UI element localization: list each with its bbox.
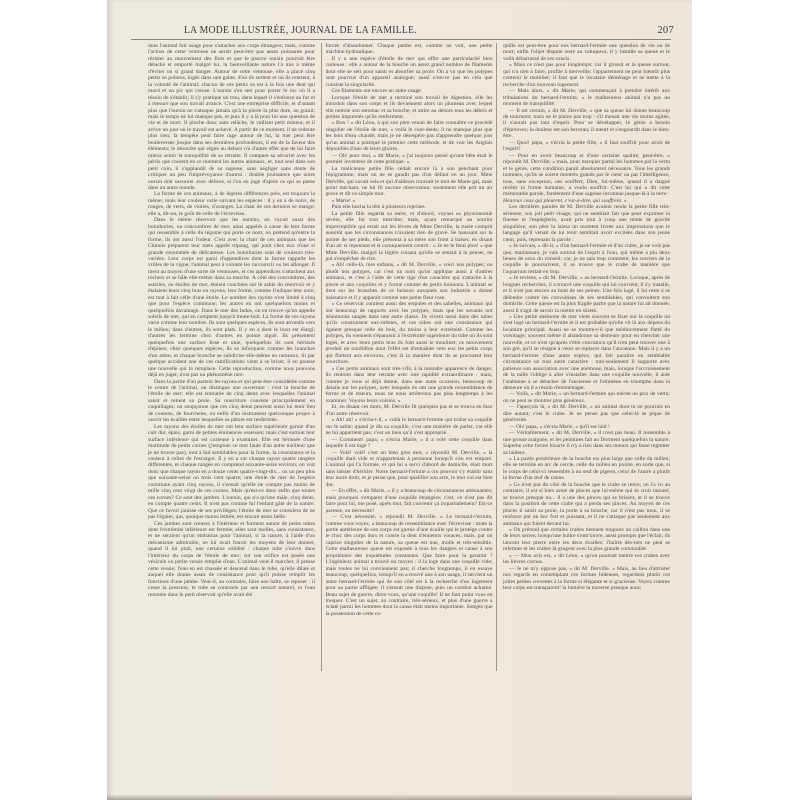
paragraph: « Je reviens, » dit M. Derville, « au be… xyxy=(503,275,670,314)
paragraph: « Ah! ah! » s'écria-t-il, « voilà le ber… xyxy=(326,417,493,436)
paragraph: Et, en disant ces mots, M. Derville fit … xyxy=(326,404,493,417)
paragraph: — C'est nécessité, » répondit M. Dervill… xyxy=(326,514,493,617)
paragraph: Ces jambes sont creuses à l'intérieur et… xyxy=(148,521,315,598)
running-head: LA MODE ILLUSTRÉE, JOURNAL DE LA FAMILLE… xyxy=(107,25,692,39)
header-rule xyxy=(131,39,671,40)
column-1: dont l'animal fait usage pour s'attacher… xyxy=(148,43,315,635)
paragraph: « Je suivais, » dit-il, « d'un bernard-l… xyxy=(503,243,670,275)
paragraph: — Mais alors, » dit Marie, qui commençai… xyxy=(503,88,670,107)
paragraph: — Je ne m'y oppose pas, » dit M. Dervill… xyxy=(503,566,670,592)
paragraph: La forme de ces animaux, à de légères di… xyxy=(148,191,315,217)
paragraph: — Il est certain, » dit M. Derville, « q… xyxy=(503,108,670,140)
paragraph: — J'aperçois là, » dit M. Derville, « un… xyxy=(503,404,670,423)
column-3: quille est peut-être pour nos bernard-l'… xyxy=(503,43,670,638)
paragraph: Dans le même réservoir que les oursins, … xyxy=(148,217,315,378)
paragraph: « Ces petits animaux sont très-vifs; à l… xyxy=(326,366,493,405)
paragraph: « Ce réservoir contient aussi des serpul… xyxy=(326,301,493,366)
paragraph: « Ce n'est pas du côté de la bouche que … xyxy=(503,482,670,527)
column-2: forcée d'abandonner. Chaque jambe est, c… xyxy=(326,43,493,623)
paragraph: — Voilà, » dit Marie, « un bernard-l'erm… xyxy=(503,391,670,404)
page-number: 207 xyxy=(657,25,674,36)
paragraph: « Mais ce n'est pas pour longtemps; car … xyxy=(503,62,670,88)
running-title: LA MODE ILLUSTRÉE, JOURNAL DE LA FAMILLE… xyxy=(184,25,417,36)
paragraph: — Volé! volé! c'est un bien gros mot, » … xyxy=(326,450,493,489)
paragraph: Dans la partie d'où partent les rayons e… xyxy=(148,379,315,424)
paragraph: Lorsque l'étoile de mer a terminé son tr… xyxy=(326,95,493,121)
paragraph: « Une petite anémone de mer vient souven… xyxy=(503,314,670,391)
paragraph: quille est peut-être pour nos bernard-l'… xyxy=(503,43,670,62)
paragraph: « Bon ! » dit Léon, à qui son père venai… xyxy=(326,120,493,152)
newspaper-page: LA MODE ILLUSTRÉE, JOURNAL DE LA FAMILLE… xyxy=(107,0,692,800)
paragraph: forcée d'abandonner. Chaque jambe est, c… xyxy=(326,43,493,56)
paragraph: Les rayons des étoiles de mer ont leur s… xyxy=(148,424,315,521)
paragraph: — Quoi! papa, » s'écria la petite fille,… xyxy=(503,140,670,153)
paragraph: — Pour en avoir beaucoup et d'une certai… xyxy=(503,153,670,198)
paragraph: La petite fille regarda sa mère, et d'ab… xyxy=(326,211,493,263)
paragraph: « La partie postérieure de la bouche est… xyxy=(503,456,670,482)
paragraph: Il y a une espèce d'étoile de mer qui of… xyxy=(326,56,493,88)
paragraph: « Ah! celle-là, mes enfants, » dit M. De… xyxy=(326,262,493,301)
paragraph: La malicieuse petite fille cédait encore… xyxy=(326,166,493,198)
paragraph: — En effet, » dit Marie, « il y a beauco… xyxy=(326,488,493,514)
paragraph: Les dernières paroles de M. Derville ava… xyxy=(503,204,670,243)
paragraph: — Oh! pour moi, » dit Marie, « j'ai touj… xyxy=(326,153,493,166)
paragraph: — Véritablement, » dit M. Derville, « il… xyxy=(503,430,670,456)
paragraph: dont l'animal fait usage pour s'attacher… xyxy=(148,43,315,191)
paragraph: — Comment! papa, » s'écria Marie, « il a… xyxy=(326,437,493,450)
text-columns: dont l'animal fait usage pour s'attacher… xyxy=(148,43,670,673)
paragraph: « On prétend que certains crabes tiennen… xyxy=(503,527,670,553)
paragraph: « — Mon avis est, » dit Léon, « qu'on po… xyxy=(503,553,670,566)
